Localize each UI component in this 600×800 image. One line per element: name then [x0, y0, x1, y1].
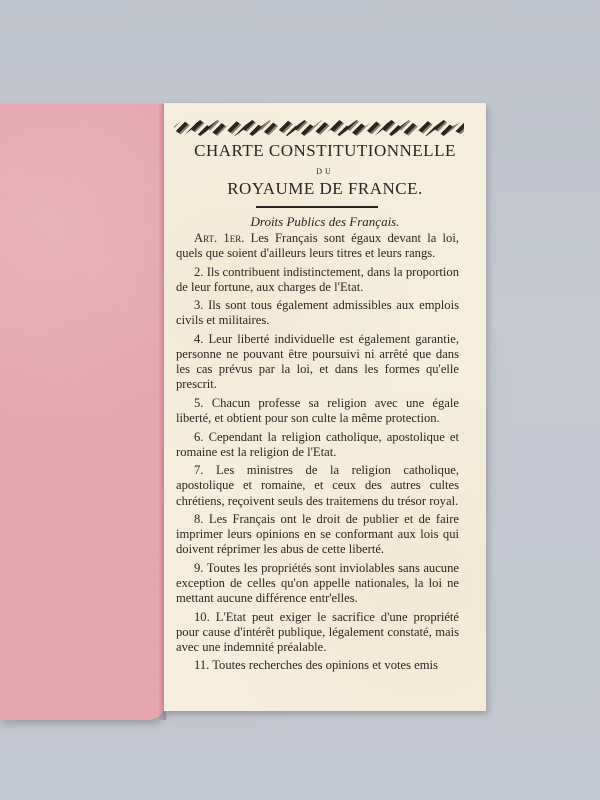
article-text: Les ministres de la religion catholique,… — [176, 463, 459, 507]
article-number: 3. — [194, 298, 203, 312]
article-number: 7. — [194, 463, 203, 477]
printed-page: CHARTE CONSTITUTIONNELLE DU ROYAUME DE F… — [164, 103, 486, 711]
article-number: Art. 1er. — [194, 231, 244, 245]
article-6: 6. Cependant la religion catholique, apo… — [176, 430, 459, 460]
article-text: Cependant la religion catholique, aposto… — [176, 430, 459, 459]
article-number: 8. — [194, 512, 203, 526]
article-text: Chacun professe sa religion avec une éga… — [176, 396, 459, 425]
article-8: 8. Les Français ont le droit de publier … — [176, 512, 459, 557]
article-number: 4. — [194, 332, 203, 346]
article-9: 9. Toutes les propriétés sont inviolable… — [176, 561, 459, 606]
pink-paper-cover — [0, 104, 166, 720]
article-number: 11. — [194, 658, 209, 672]
title-line-3: ROYAUME DE FRANCE. — [164, 179, 486, 199]
article-1: Art. 1er. Les Français sont égaux devant… — [176, 231, 459, 261]
articles-body: Art. 1er. Les Français sont égaux devant… — [176, 231, 459, 677]
zigzag-ornament-icon — [174, 120, 464, 136]
title-line-2: DU — [164, 167, 486, 176]
title-line-1: CHARTE CONSTITUTIONNELLE — [164, 141, 486, 161]
article-number: 9. — [194, 561, 203, 575]
article-text: Ils contribuent indistinctement, dans la… — [176, 265, 459, 294]
article-text: Toutes les propriétés sont inviolables s… — [176, 561, 459, 605]
article-text: L'Etat peut exiger le sacrifice d'une pr… — [176, 610, 459, 654]
article-7: 7. Les ministres de la religion catholiq… — [176, 463, 459, 508]
article-text: Les Français ont le droit de publier et … — [176, 512, 459, 556]
article-number: 2. — [194, 265, 203, 279]
article-number: 5. — [194, 396, 203, 410]
article-text: Ils sont tous également admissibles aux … — [176, 298, 459, 327]
article-text: Toutes recherches des opinions et votes … — [212, 658, 438, 672]
title-rule — [256, 206, 378, 208]
article-4: 4. Leur liberté individuelle est égaleme… — [176, 332, 459, 392]
section-heading: Droits Publics des Français. — [164, 214, 486, 230]
article-5: 5. Chacun professe sa religion avec une … — [176, 396, 459, 426]
article-text: Leur liberté individuelle est également … — [176, 332, 459, 391]
article-number: 6. — [194, 430, 203, 444]
article-number: 10. — [194, 610, 210, 624]
article-11: 11. Toutes recherches des opinions et vo… — [176, 658, 459, 673]
article-3: 3. Ils sont tous également admissibles a… — [176, 298, 459, 328]
article-2: 2. Ils contribuent indistinctement, dans… — [176, 265, 459, 295]
article-10: 10. L'Etat peut exiger le sacrifice d'un… — [176, 610, 459, 655]
